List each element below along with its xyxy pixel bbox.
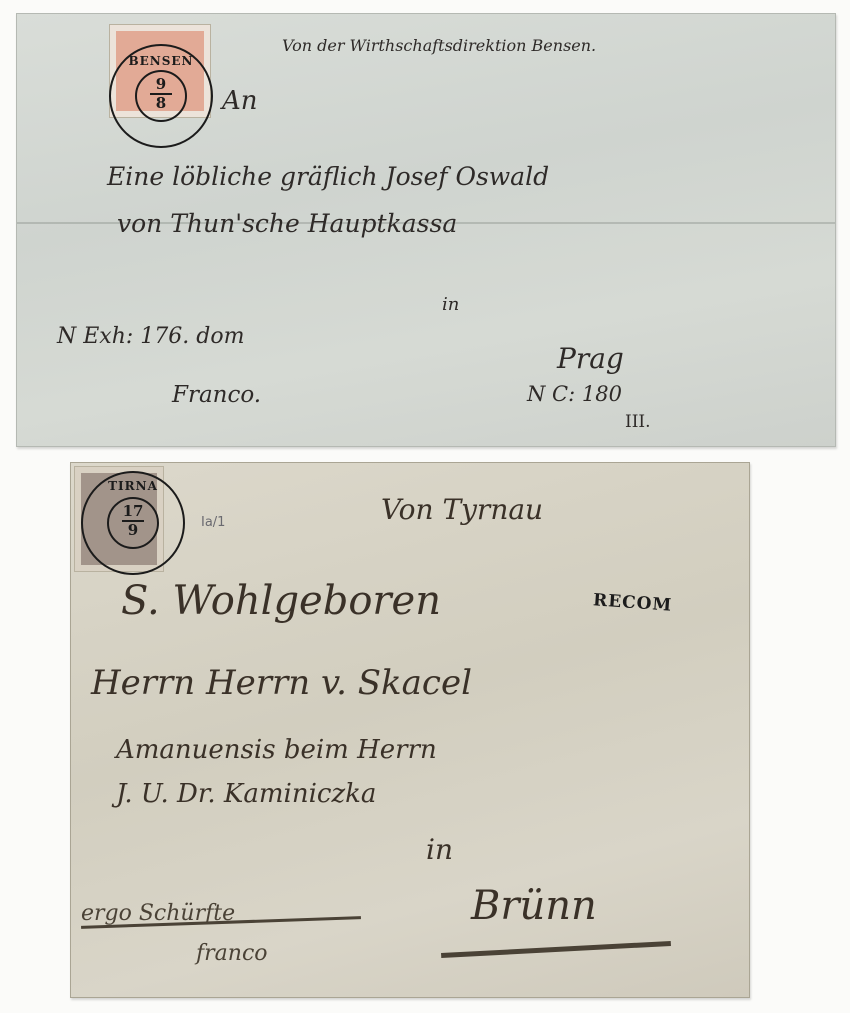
postmark-day: 17 [123, 502, 144, 520]
destination-underline [441, 941, 671, 958]
destination-city: Prag [557, 342, 624, 375]
postmark-cancel: BENSEN 9 8 [109, 44, 213, 148]
postmark-day: 9 [156, 75, 166, 93]
sender-line: Von der Wirthschaftsdirektion Bensen. [282, 36, 596, 55]
postmark-cancel: TIRNA 17 9 [81, 471, 185, 575]
in-word: in [426, 833, 453, 866]
address-line-2: von Thun'sche Hauptkassa [117, 209, 457, 238]
postmark-town: TIRNA [83, 479, 183, 493]
address-line-2: Amanuensis beim Herrn [116, 735, 437, 765]
cover-bensen: BENSEN 9 8 Von der Wirthschaftsdirektion… [16, 13, 836, 447]
franco-mark: franco [196, 941, 268, 966]
postmark-date: 17 9 [83, 503, 183, 539]
postmark-month: 8 [156, 94, 166, 112]
catalog-annotation: Ia/1 [201, 515, 225, 530]
salutation: S. Wohlgeboren [121, 578, 441, 624]
salutation: An [222, 86, 258, 116]
address-line-1: Herrn Herrn v. Skacel [91, 663, 472, 703]
district-number: III. [625, 412, 651, 432]
in-word: in [442, 294, 459, 315]
address-line-3: J. U. Dr. Kaminiczka [116, 779, 376, 809]
postmark-month: 9 [128, 521, 138, 539]
address-line-1: Eine löbliche gräflich Josef Oswald [107, 162, 549, 191]
postmark-date: 9 8 [111, 76, 211, 112]
registered-handstamp: RECOM [592, 590, 672, 615]
destination-city: Brünn [471, 883, 597, 929]
postmark-town: BENSEN [111, 54, 211, 68]
house-number: N C: 180 [527, 382, 622, 406]
cover-tirna: TIRNA 17 9 Ia/1 Von Tyrnau S. Wohlgebore… [70, 462, 750, 998]
sender-line: Von Tyrnau [381, 493, 543, 526]
franco-mark: Franco. [172, 382, 261, 408]
reference-number: N Exh: 176. dom [57, 324, 244, 349]
